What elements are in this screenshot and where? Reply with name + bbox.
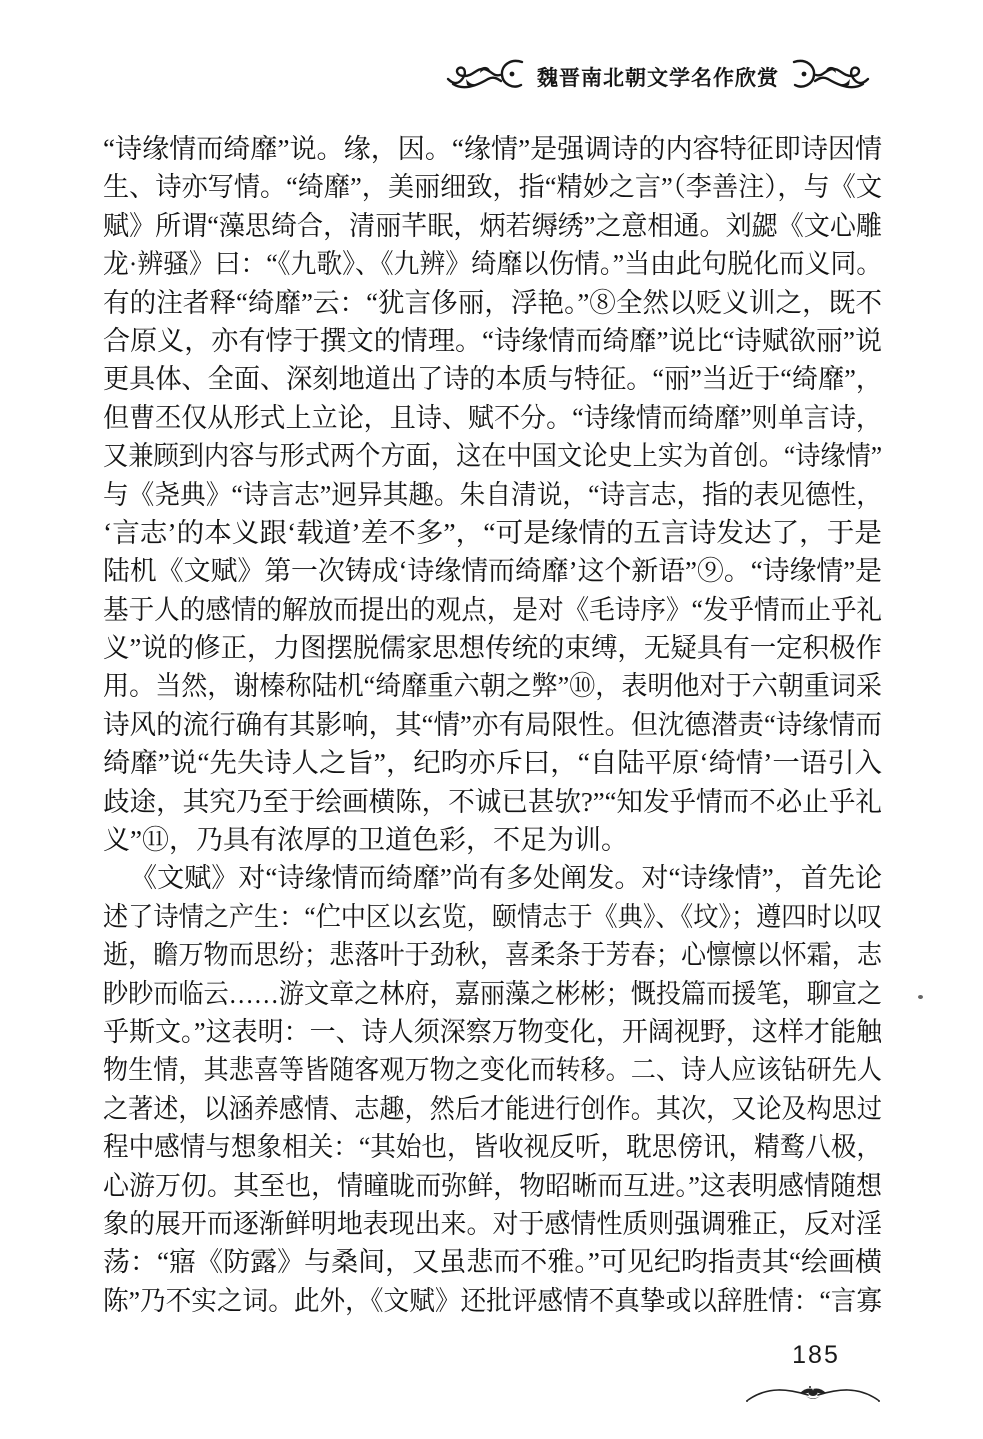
text-line: 述了诗情之产生：“伫中区以玄览，颐情志于《典》、《坟》；遵四时以叹 [103,898,882,936]
text-line: 物生情，其悲喜等皆随客观万物之变化而转移。二、诗人应该钻研先人 [103,1051,882,1089]
text-line: 绮靡”说“先失诗人之旨”，纪昀亦斥曰，“自陆平原‘绮情’一语引入 [103,744,882,782]
text-line: 心游万仞。其至也，情曈昽而弥鲜，物昭晰而互进。”这表明感情随想 [103,1167,882,1205]
text-line: 但曹丕仅从形式上立论，且诗、赋不分。“诗缘情而绮靡”则单言诗， [103,399,882,437]
text-line: 更具体、全面、深刻地道出了诗的本质与特征。“丽”当近于“绮靡”， [103,360,882,398]
text-line: 龙·辨骚》曰：“《九歌》、《九辨》绮靡以伤情。”当由此句脱化而义同。 [103,245,882,283]
text-line: 荡：“寤《防露》与桑间，又虽悲而不雅。”可见纪昀指责其“绘画横 [103,1243,882,1281]
header-right-flourish-icon [788,55,870,100]
text-line: 陈”乃不实之词。此外，《文赋》还批评感情不真挚或以辞胜情：“言寡 [103,1282,882,1320]
text-line: 眇眇而临云……游文章之林府，嘉丽藻之彬彬；慨投篇而援笔，聊宣之 [103,975,882,1013]
text-line: 基于人的感情的解放而提出的观点，是对《毛诗序》“发乎情而止乎礼 [103,591,882,629]
text-line: 生、诗亦写情。“绮靡”，美丽细致，指“精妙之言”（李善注），与《文 [103,168,882,206]
text-line: 之著述，以涵养感情、志趣，然后才能进行创作。其次，又论及构思过 [103,1090,882,1128]
ink-speck [918,995,923,999]
text-line: 《文赋》对“诗缘情而绮靡”尚有多处阐发。对“诗缘情”，首先论 [103,859,882,897]
page-header: 魏晋南北朝文学名作欣赏 [446,54,870,100]
footer-flourish-icon [744,1378,882,1411]
text-line: 又兼顾到内容与形式两个方面，这在中国文论史上实为首创。“诗缘情” [103,437,882,475]
text-line: 用。当然，谢榛称陆机“绮靡重六朝之弊”⑩，表明他对于六朝重词采 [103,667,882,705]
text-line: 诗风的流行确有其影响，其“情”亦有局限性。但沈德潜责“诗缘情而 [103,706,882,744]
header-left-flourish-icon [446,55,528,100]
text-line: 义”⑪，乃具有浓厚的卫道色彩，不足为训。 [103,821,882,859]
text-line: 赋》所谓“藻思绮合，清丽芊眠，炳若缛绣”之意相通。刘勰《文心雕 [103,207,882,245]
text-line: 义”说的修正，力图摆脱儒家思想传统的束缚，无疑具有一定积极作 [103,629,882,667]
text-line: ‘言志’的本义跟‘载道’差不多”，“可是缘情的五言诗发达了，于是 [103,514,882,552]
text-line: 象的展开而逐渐鲜明地表现出来。对于感情性质则强调雅正，反对淫 [103,1205,882,1243]
paragraph: 《文赋》对“诗缘情而绮靡”尚有多处阐发。对“诗缘情”，首先论述了诗情之产生：“伫… [103,859,882,1320]
text-line: 逝，瞻万物而思纷；悲落叶于劲秋，喜柔条于芳春；心懔懔以怀霜，志 [103,936,882,974]
page-number: 185 [766,1341,866,1370]
text-line: 与《尧典》“诗言志”迥异其趣。朱自清说，“诗言志，指的表见德性， [103,476,882,514]
text-line: 有的注者释“绮靡”云：“犹言侈丽，浮艳。”⑧全然以贬义训之，既不 [103,284,882,322]
text-line: 陆机《文赋》第一次铸成‘诗缘情而绮靡’这个新语”⑨。“诗缘情”是 [103,552,882,590]
text-line: 乎斯文。”这表明：一、诗人须深察万物变化，开阔视野，这样才能触 [103,1013,882,1051]
book-page: 魏晋南北朝文学名作欣赏 “诗缘情而绮靡”说。缘，因。“缘情” [0,0,983,1439]
paragraph: “诗缘情而绮靡”说。缘，因。“缘情”是强调诗的内容特征即诗因情生、诗亦写情。“绮… [103,130,882,859]
text-line: 程中感情与想象相关：“其始也，皆收视反听，耽思傍讯，精鹜八极， [103,1128,882,1166]
text-line: 歧途，其究乃至于绘画横陈，不诚已甚欤?”“知发乎情而不必止乎礼 [103,783,882,821]
text-line: 合原义，亦有悖于撰文的情理。“诗缘情而绮靡”说比“诗赋欲丽”说 [103,322,882,360]
text-line: “诗缘情而绮靡”说。缘，因。“缘情”是强调诗的内容特征即诗因情 [103,130,882,168]
body-text: “诗缘情而绮靡”说。缘，因。“缘情”是强调诗的内容特征即诗因情生、诗亦写情。“绮… [103,130,882,1320]
page-title: 魏晋南北朝文学名作欣赏 [533,62,783,92]
